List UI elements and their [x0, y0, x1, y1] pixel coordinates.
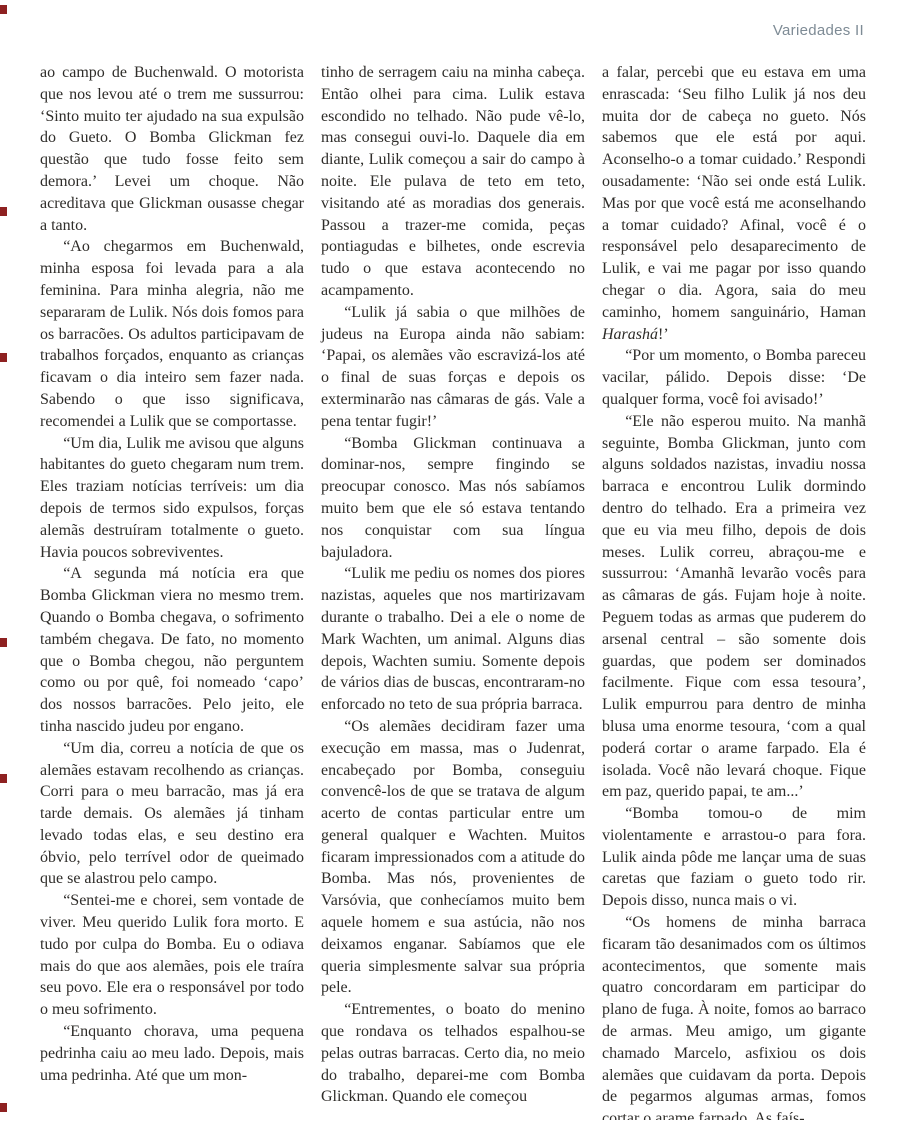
paragraph: “Lulik já sabia o que milhões de judeus … — [321, 302, 585, 433]
paragraph-text: !’ — [658, 326, 669, 343]
text-column-1: ao campo de Buchenwald. O motorista que … — [40, 62, 304, 1120]
red-edge-mark — [0, 638, 7, 647]
red-edge-mark — [0, 353, 7, 362]
paragraph: “Bomba tomou-o de mim violentamente e ar… — [602, 803, 866, 912]
magazine-page: Variedades II ao campo de Buchenwald. O … — [0, 0, 900, 1137]
paragraph: “Bomba Glickman continuava a dominar-nos… — [321, 433, 585, 564]
running-head-title: Variedades II — [773, 22, 864, 39]
paragraph: “Por um momento, o Bomba pareceu vacilar… — [602, 345, 866, 410]
paragraph: “A segunda má notícia era que Bomba Glic… — [40, 563, 304, 737]
paragraph: tinho de serragem caiu na minha cabeça. … — [321, 62, 585, 302]
red-edge-mark — [0, 5, 7, 14]
text-column-3: a falar, percebi que eu estava em uma en… — [602, 62, 866, 1120]
paragraph: “Os alemães decidiram fazer uma execução… — [321, 716, 585, 999]
paragraph: ao campo de Buchenwald. O motorista que … — [40, 62, 304, 236]
paragraph: “Os homens de minha barraca ficaram tão … — [602, 912, 866, 1120]
red-edge-mark — [0, 207, 7, 216]
paragraph: “Um dia, correu a notícia de que os alem… — [40, 738, 304, 891]
paragraph: “Enquanto chorava, uma pequena pedrinha … — [40, 1021, 304, 1086]
article-columns: ao campo de Buchenwald. O motorista que … — [40, 62, 866, 1120]
paragraph: “Lulik me pediu os nomes dos piores nazi… — [321, 563, 585, 716]
red-edge-mark — [0, 774, 7, 783]
paragraph: “Um dia, Lulik me avisou que alguns habi… — [40, 433, 304, 564]
paragraph: “Sentei-me e chorei, sem vontade de vive… — [40, 890, 304, 1021]
paragraph-text: a falar, percebi que eu estava em uma en… — [602, 64, 866, 321]
red-edge-mark — [0, 1103, 7, 1112]
paragraph: “Ao chegarmos em Buchenwald, minha espos… — [40, 236, 304, 432]
paragraph: a falar, percebi que eu estava em uma en… — [602, 62, 866, 345]
paragraph: “Ele não esperou muito. Na manhã seguint… — [602, 411, 866, 803]
paragraph: “Entrementes, o boato do menino que rond… — [321, 999, 585, 1108]
italic-term: Harashá — [602, 326, 658, 343]
text-column-2: tinho de serragem caiu na minha cabeça. … — [321, 62, 585, 1120]
